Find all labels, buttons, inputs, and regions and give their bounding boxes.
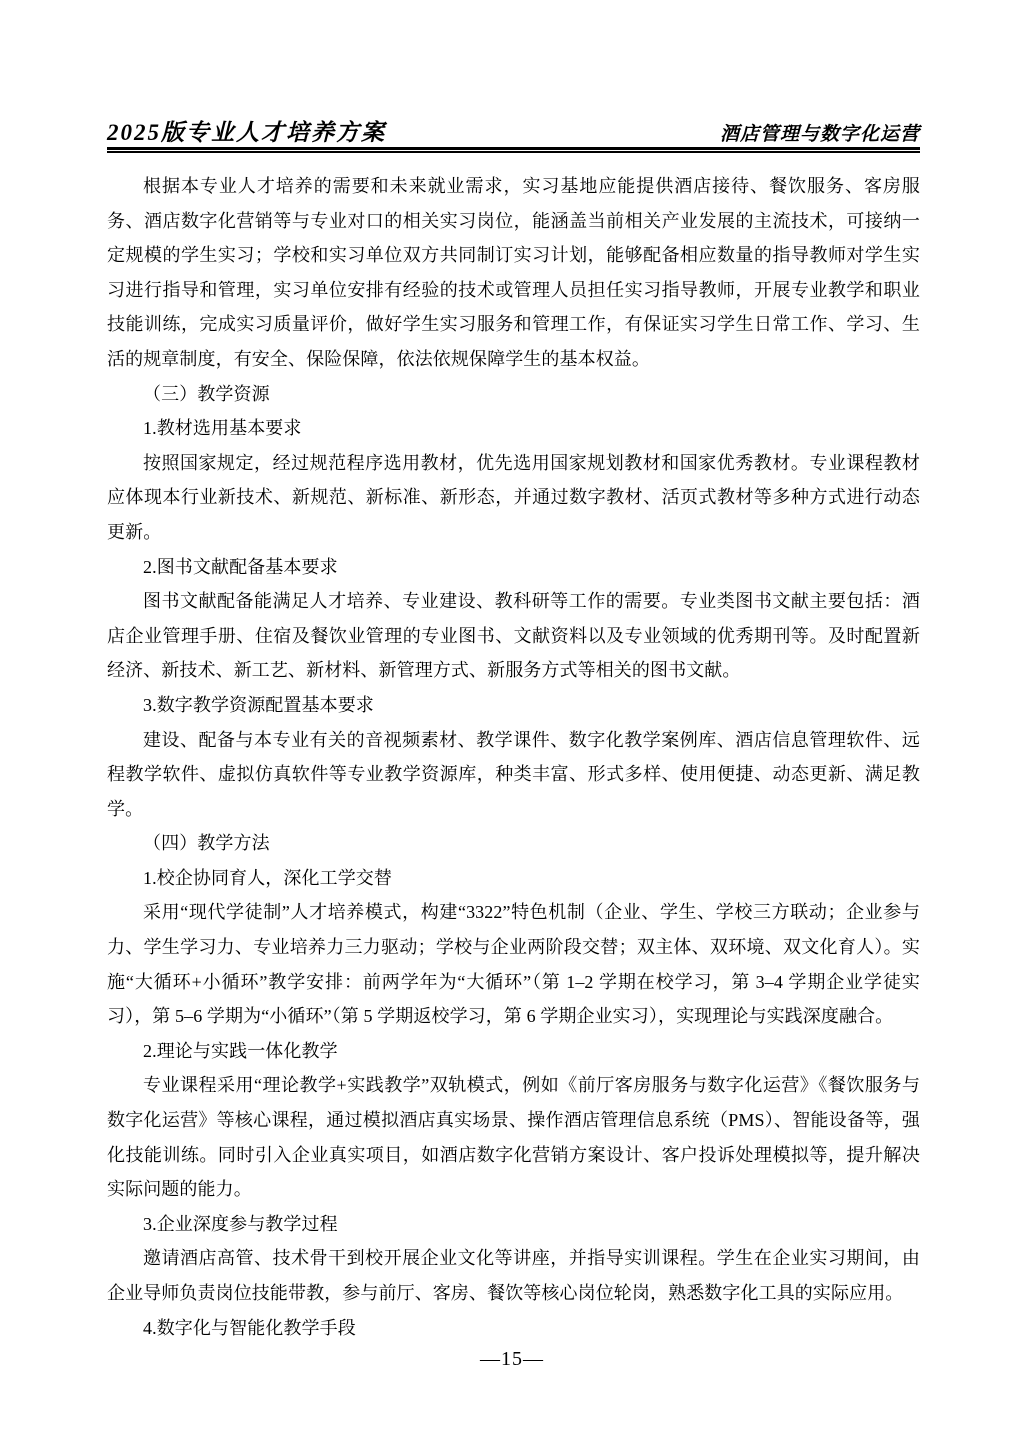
page-header: 2025版专业人才培养方案 酒店管理与数字化运营 — [107, 114, 920, 147]
header-double-rule — [107, 147, 920, 153]
rule-thin-line — [107, 151, 920, 153]
subheading-digital-resources: 3.数字教学资源配置基本要求 — [107, 688, 920, 723]
paragraph-theory-practice: 专业课程采用“理论教学+实践教学”双轨模式，例如《前厅客房服务与数字化运营》《餐… — [107, 1068, 920, 1206]
page-footer: —15— — [0, 1348, 1024, 1371]
paragraph-internship-base: 根据本专业人才培养的需要和未来就业需求，实习基地应能提供酒店接待、餐饮服务、客房… — [107, 169, 920, 377]
paragraph-enterprise-participation: 邀请酒店高管、技术骨干到校开展企业文化等讲座，并指导实训课程。学生在企业实习期间… — [107, 1241, 920, 1310]
paragraph-textbook-selection: 按照国家规定，经过规范程序选用教材，优先选用国家规划教材和国家优秀教材。专业课程… — [107, 446, 920, 550]
section-heading-teaching-resources: （三）教学资源 — [107, 377, 920, 412]
subheading-enterprise-participation: 3.企业深度参与教学过程 — [107, 1207, 920, 1242]
rule-thick-line — [107, 147, 920, 150]
paragraph-school-enterprise: 采用“现代学徒制”人才培养模式，构建“3322”特色机制（企业、学生、学校三方联… — [107, 895, 920, 1033]
header-left-title: 2025版专业人才培养方案 — [107, 114, 386, 147]
paragraph-library-resources: 图书文献配备能满足人才培养、专业建设、教科研等工作的需要。专业类图书文献主要包括… — [107, 584, 920, 688]
subheading-textbook-selection: 1.教材选用基本要求 — [107, 411, 920, 446]
subheading-digital-intelligent-teaching: 4.数字化与智能化教学手段 — [107, 1311, 920, 1346]
page-number: —15— — [480, 1348, 544, 1370]
document-page: 2025版专业人才培养方案 酒店管理与数字化运营 根据本专业人才培养的需要和未来… — [0, 0, 1024, 1448]
subheading-library-resources: 2.图书文献配备基本要求 — [107, 550, 920, 585]
subheading-theory-practice: 2.理论与实践一体化教学 — [107, 1034, 920, 1069]
paragraph-digital-resources: 建设、配备与本专业有关的音视频素材、教学课件、数字化教学案例库、酒店信息管理软件… — [107, 723, 920, 827]
header-right-title: 酒店管理与数字化运营 — [720, 119, 920, 146]
subheading-school-enterprise: 1.校企协同育人，深化工学交替 — [107, 861, 920, 896]
section-heading-teaching-methods: （四）教学方法 — [107, 826, 920, 861]
document-body: 根据本专业人才培养的需要和未来就业需求，实习基地应能提供酒店接待、餐饮服务、客房… — [107, 169, 920, 1345]
